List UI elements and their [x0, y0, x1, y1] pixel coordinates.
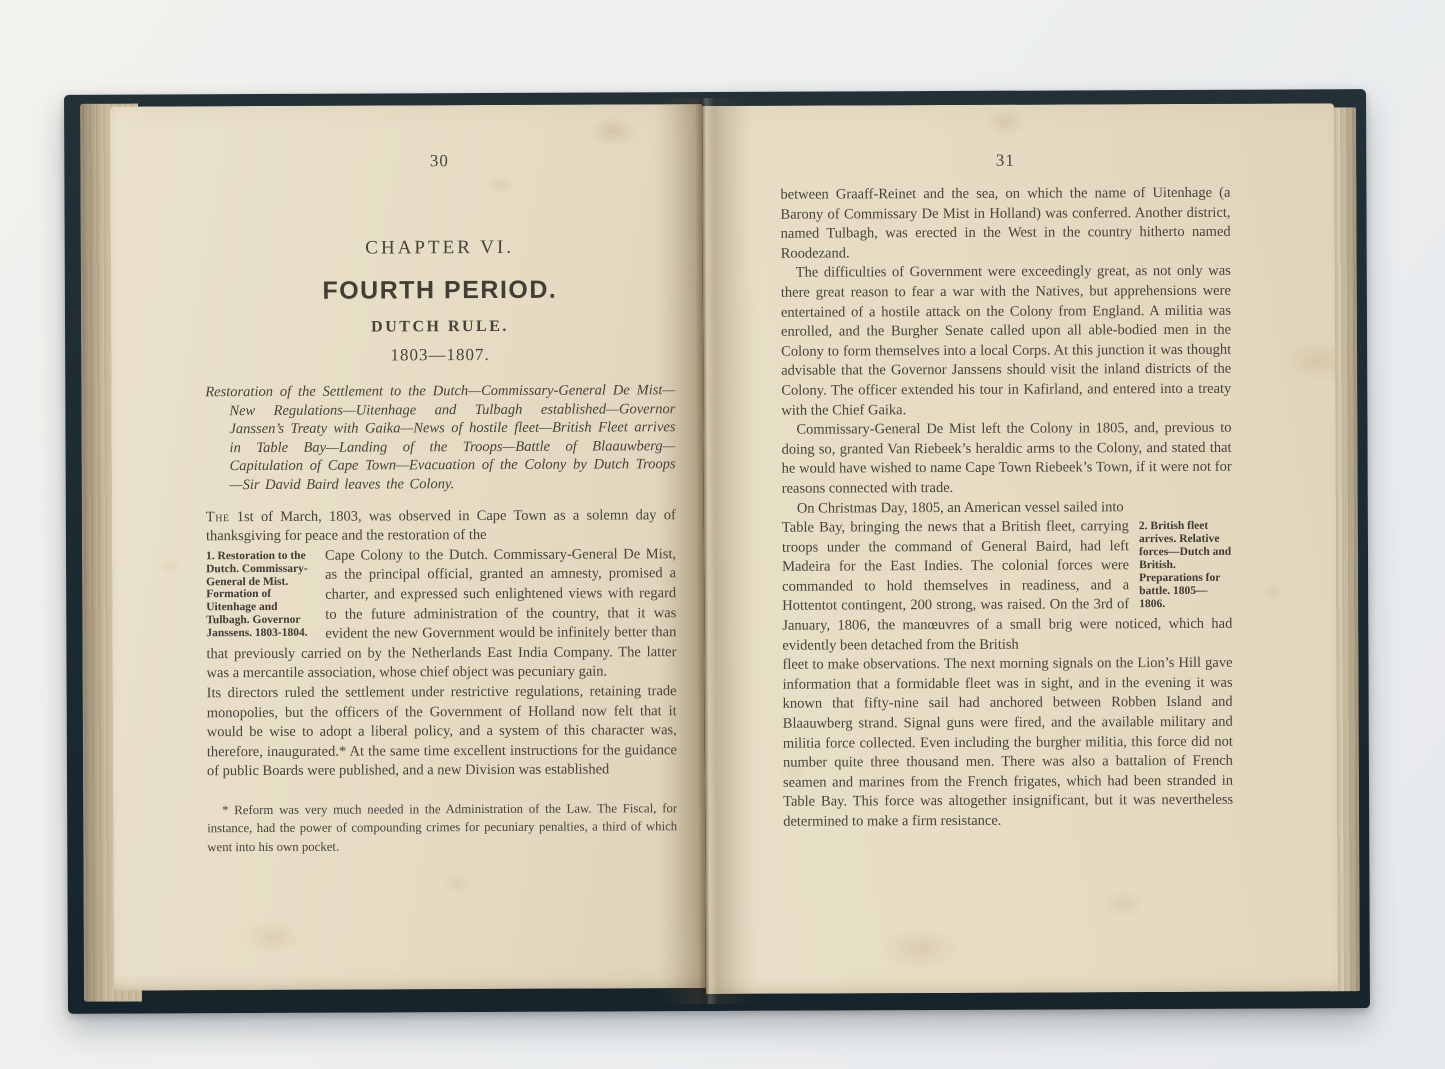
paragraph-3: Commissary-General De Mist left the Colo… — [781, 419, 1231, 499]
book-cover: 30 CHAPTER VI. FOURTH PERIOD. DUTCH RULE… — [64, 89, 1370, 1014]
paragraph-2: The difficulties of Government were exce… — [781, 262, 1232, 421]
book-photo-background: 30 CHAPTER VI. FOURTH PERIOD. DUTCH RULE… — [0, 0, 1445, 1069]
opening-paragraph: The 1st of March, 1803, was observed in … — [206, 506, 676, 547]
note-and-text-block-2: 2. British fleet arrives. Relative force… — [782, 517, 1233, 656]
chapter-heading: CHAPTER VI. — [205, 236, 675, 260]
right-page-body: between Graaff-Reinet and the sea, on wh… — [780, 184, 1233, 833]
footnote: * Reform was very much needed in the Adm… — [207, 799, 677, 857]
footnote-text: * Reform was very much needed in the Adm… — [207, 799, 677, 857]
continuation-paragraph: Its directors ruled the settlement under… — [207, 682, 677, 782]
right-page: 31 between Graaff-Reinet and the sea, on… — [702, 103, 1338, 994]
left-page-body: The 1st of March, 1803, was observed in … — [206, 506, 677, 782]
lead-word: The — [206, 509, 230, 525]
opening-text: 1st of March, 1803, was observed in Cape… — [206, 507, 676, 545]
margin-note-2: 2. British fleet arrives. Relative force… — [1139, 520, 1232, 611]
note-and-text-block: 1. Restoration to the Dutch. Commissary-… — [206, 545, 677, 684]
subtitle-heading: DUTCH RULE. — [205, 317, 675, 337]
date-range: 1803—1807. — [205, 344, 675, 366]
margin-note-1: 1. Restoration to the Dutch. Commissary-… — [206, 549, 318, 640]
paragraph-4-opening: On Christmas Day, 1805, an American vess… — [782, 497, 1232, 519]
paragraph-4-continuation: fleet to make observations. The next mor… — [782, 654, 1233, 832]
page-number-left: 30 — [204, 150, 674, 172]
period-heading: FOURTH PERIOD. — [205, 275, 675, 306]
paragraph-1: between Graaff-Reinet and the sea, on wh… — [780, 184, 1230, 264]
chapter-synopsis: Restoration of the Settlement to the Dut… — [205, 381, 675, 495]
page-number-right: 31 — [780, 150, 1230, 172]
left-page: 30 CHAPTER VI. FOURTH PERIOD. DUTCH RULE… — [110, 104, 706, 991]
